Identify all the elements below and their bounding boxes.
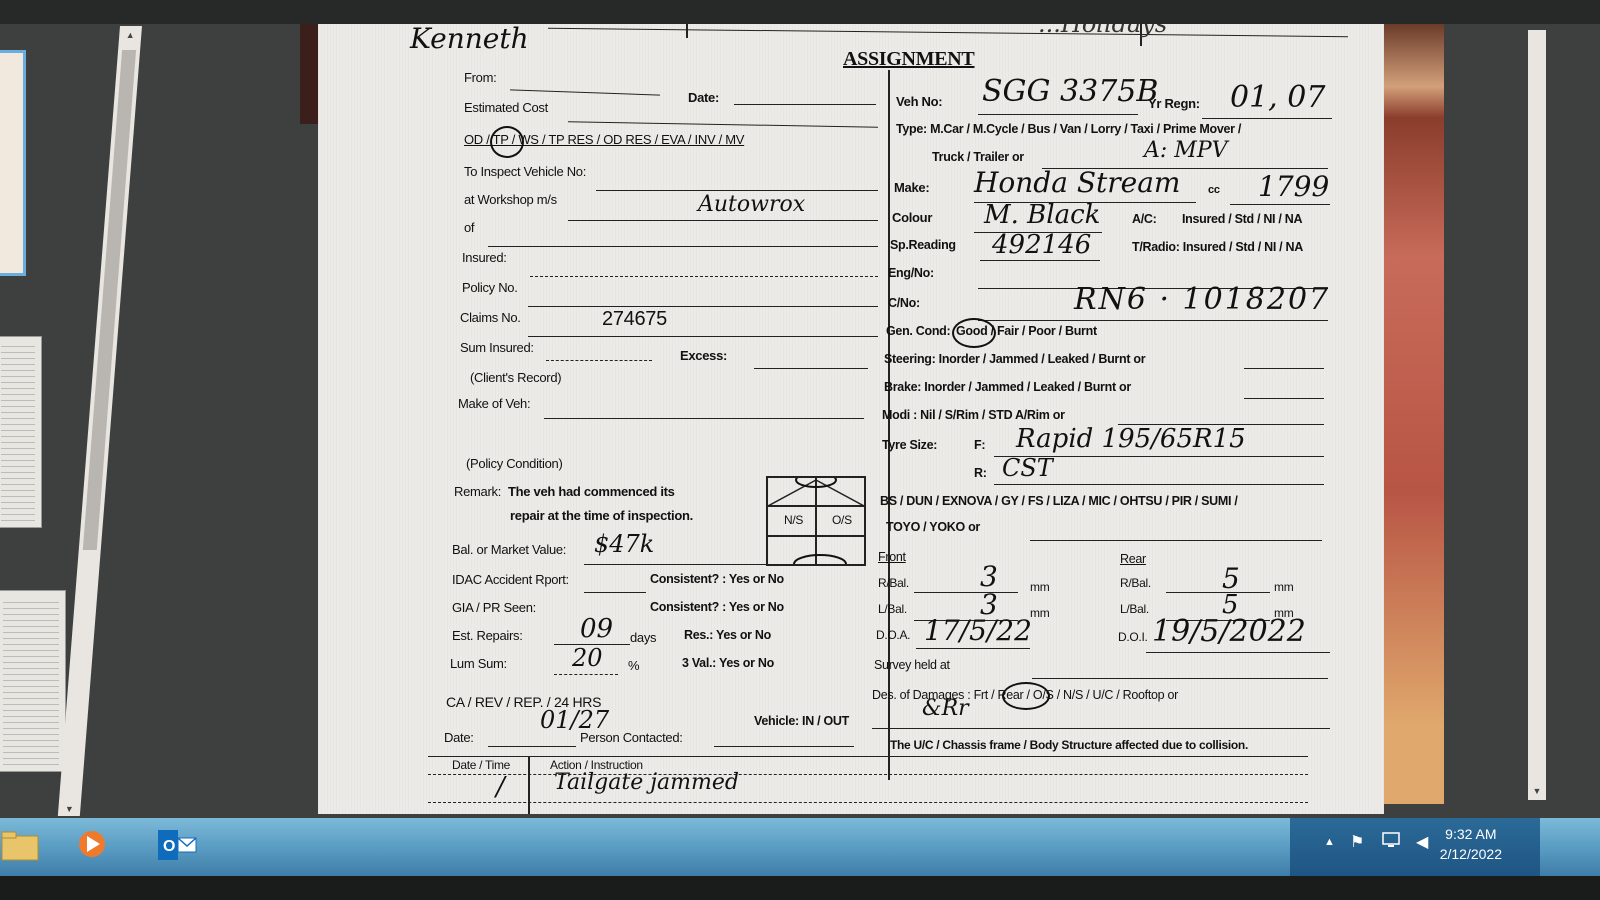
person-contacted-label: Person Contacted: <box>580 730 683 745</box>
c-no-value: RN6 · 1018207 <box>1074 282 1330 317</box>
vehicle-in-out: Vehicle: IN / OUT <box>754 714 849 728</box>
show-hidden-icons-icon[interactable]: ▲ <box>1324 836 1335 848</box>
rear-lbal-label: L/Bal. <box>1120 602 1149 616</box>
document-page: Kenneth ...Holidays ASSIGNMENT From: Dat… <box>318 24 1384 814</box>
sp-reading-value: 492146 <box>992 230 1091 260</box>
taskbar-media-player[interactable] <box>76 824 126 870</box>
front-label: Front <box>878 550 906 564</box>
policy-condition-label: (Policy Condition) <box>466 456 562 471</box>
ac-label: A/C: <box>1132 212 1157 226</box>
rear-label: Rear <box>1120 552 1146 566</box>
lum-sum-label: Lum Sum: <box>450 656 507 671</box>
of-label: of <box>464 220 474 235</box>
clients-record-label: (Client's Record) <box>470 370 561 385</box>
steering-field[interactable] <box>1244 368 1324 369</box>
header-rule <box>548 28 1348 37</box>
c-no-field[interactable] <box>978 320 1328 321</box>
veh-no-label: Veh No: <box>896 94 942 109</box>
tyre-brand-field[interactable] <box>1030 540 1322 541</box>
system-tray: ▲ ⚑ ◀ 9:32 AM 2/12/2022 <box>1290 818 1540 876</box>
person-contacted-field[interactable] <box>714 746 854 747</box>
table-top-rule <box>428 756 1308 757</box>
taskbar: O ▲ ⚑ ◀ 9:32 AM 2/12/2022 <box>0 818 1600 876</box>
insured-label: Insured: <box>462 250 507 265</box>
policy-label: Policy No. <box>462 280 518 295</box>
estimated-cost-label: Estimated Cost <box>464 100 548 115</box>
tyre-r-label: R: <box>974 466 987 480</box>
monitor-bezel-bottom <box>0 876 1600 900</box>
survey-label: Survey held at <box>874 658 950 672</box>
diagram-ns-label: N/S <box>784 513 803 527</box>
claims-value: 274675 <box>602 308 667 331</box>
play-icon <box>76 824 116 864</box>
doi-label: D.O.I. <box>1118 630 1148 644</box>
taskbar-outlook[interactable]: O <box>156 824 206 870</box>
market-value-label: Bal. or Market Value: <box>452 542 566 557</box>
tyre-brands: BS / DUN / EXNOVA / GY / FS / LIZA / MIC… <box>880 494 1238 508</box>
page-thumbnail-3[interactable] <box>0 590 66 772</box>
excess-field[interactable] <box>754 368 868 369</box>
tyre-f-label: F: <box>974 438 985 452</box>
handwritten-name: Kenneth <box>410 24 529 55</box>
estimated-cost-field[interactable] <box>568 121 878 127</box>
background-photo-edge <box>1384 24 1444 804</box>
front-lbal-label: L/Bal. <box>878 602 907 616</box>
c-no-label: C/No: <box>888 296 920 310</box>
rear-rbal-label: R/Bal. <box>1120 576 1151 590</box>
ac-options: Insured / Std / NI / NA <box>1182 212 1302 226</box>
cc-field[interactable] <box>1230 204 1330 205</box>
lum-sum-value: 20 <box>572 644 603 672</box>
scroll-up-icon[interactable]: ▲ <box>119 30 142 40</box>
veh-no-field[interactable] <box>978 114 1138 115</box>
brake-label: Brake: Inorder / Jammed / Leaked / Burnt… <box>884 380 1131 394</box>
front-lbal-unit: mm <box>1030 606 1049 620</box>
claims-field[interactable] <box>528 336 878 337</box>
of-field[interactable] <box>488 246 878 247</box>
insured-field[interactable] <box>530 276 878 277</box>
date-bottom-field[interactable] <box>488 746 576 747</box>
inspect-vehicle-label: To Inspect Vehicle No: <box>464 164 586 179</box>
claims-label: Claims No. <box>460 310 521 325</box>
from-label: From: <box>464 70 496 85</box>
veh-no-value: SGG 3375B <box>982 74 1158 109</box>
brake-field[interactable] <box>1244 398 1324 399</box>
front-rbal-label: R/Bal. <box>878 576 909 590</box>
market-value: $47k <box>594 530 654 558</box>
volume-icon[interactable]: ◀ <box>1416 832 1428 852</box>
survey-field[interactable] <box>1032 678 1328 679</box>
monitor-screen: ▲ ▼ Kenneth ...Holidays ASSIGNMENT From:… <box>0 0 1600 880</box>
truck-label: Truck / Trailer or <box>932 150 1024 164</box>
modi-label: Modi : Nil / S/Rim / STD A/Rim or <box>882 408 1065 422</box>
clock-date: 2/12/2022 <box>1440 844 1502 864</box>
outlook-icon: O <box>156 824 202 864</box>
make-label: Make: <box>894 180 929 195</box>
lum-sum-field[interactable] <box>554 674 618 675</box>
sum-insured-field[interactable] <box>546 360 652 361</box>
table-col-divider <box>528 756 530 814</box>
lum-sum-unit: % <box>628 658 639 673</box>
tyre-brands-2: TOYO / YOKO or <box>886 520 980 534</box>
table-row-action: Tailgate jammed <box>554 770 739 795</box>
inspect-vehicle-field[interactable] <box>596 190 878 191</box>
excess-label: Excess: <box>680 348 727 363</box>
front-rbal-field[interactable] <box>914 592 1018 593</box>
colour-value: M. Black <box>984 200 1100 230</box>
clock[interactable]: 9:32 AM 2/12/2022 <box>1440 824 1502 864</box>
header-scribble: ...Holidays <box>1038 24 1167 38</box>
date-field[interactable] <box>734 104 876 105</box>
tradio-label: T/Radio: Insured / Std / NI / NA <box>1132 240 1303 254</box>
rear-rbal-unit: mm <box>1274 580 1293 594</box>
document-title: ASSIGNMENT <box>843 48 974 71</box>
date-label: Date: <box>688 90 719 105</box>
doa-value: 17/5/22 <box>924 614 1032 647</box>
make-of-veh-label: Make of Veh: <box>458 396 530 411</box>
eng-no-label: Eng/No: <box>888 266 934 280</box>
from-field[interactable] <box>510 89 660 95</box>
yr-regn-field[interactable] <box>1202 118 1332 119</box>
category-selected-circle <box>490 126 524 158</box>
est-repairs-label: Est. Repairs: <box>452 628 523 643</box>
scroll-down-icon[interactable]: ▼ <box>1528 786 1546 796</box>
sp-reading-label: Sp.Reading <box>890 238 956 252</box>
remark-line2: repair at the time of inspection. <box>510 508 693 523</box>
gia-label: GIA / PR Seen: <box>452 600 536 615</box>
action-center-flag-icon[interactable]: ⚑ <box>1350 832 1364 852</box>
yr-regn-value: 01, 07 <box>1230 80 1325 115</box>
workshop-value: Autowrox <box>698 192 805 217</box>
idac-field[interactable] <box>584 592 646 593</box>
damages-rear-circle <box>1002 682 1050 710</box>
page-thumbnail-2[interactable] <box>0 336 42 528</box>
est-repairs-unit: days <box>630 630 656 645</box>
policy-field[interactable] <box>528 306 878 307</box>
yr-regn-label: Yr Regn: <box>1148 96 1200 111</box>
document-scrollbar[interactable]: ▼ <box>1528 30 1546 800</box>
scrollbar-thumb[interactable] <box>83 50 136 550</box>
page-thumbnail-1[interactable] <box>0 50 26 276</box>
tyre-size-label: Tyre Size: <box>882 438 937 452</box>
cc-value: 1799 <box>1258 170 1329 203</box>
front-rbal-unit: mm <box>1030 580 1049 594</box>
thumbnail-scrollbar[interactable]: ▲ ▼ <box>58 26 142 816</box>
tyre-f-value: Rapid 195/65R15 <box>1016 424 1246 454</box>
type-value: A: MPV <box>1144 138 1228 163</box>
header-divider <box>686 24 688 38</box>
table-row-rule <box>428 802 1308 803</box>
network-icon[interactable] <box>1382 832 1400 853</box>
date-bottom-label: Date: <box>444 730 474 745</box>
gen-cond-label: Gen. Cond: <box>886 324 950 338</box>
table-header-date: Date / Time <box>452 758 510 772</box>
three-val-label: 3 Val.: Yes or No <box>682 656 774 670</box>
svg-text:O: O <box>163 838 175 855</box>
folder-icon <box>0 824 42 864</box>
doi-value: 19/5/2022 <box>1152 614 1306 649</box>
taskbar-file-explorer[interactable] <box>0 824 50 870</box>
est-repairs-value: 09 <box>580 614 613 644</box>
column-divider <box>888 70 890 780</box>
doi-field[interactable] <box>1146 652 1330 653</box>
idac-consistent: Consistent? : Yes or No <box>650 572 784 586</box>
remark-line1: The veh had commenced its <box>508 484 675 499</box>
tyre-r-field[interactable] <box>994 484 1324 485</box>
vehicle-damage-diagram: N/S O/S <box>766 476 866 566</box>
make-of-veh-field[interactable] <box>544 418 864 419</box>
make-value: Honda Stream <box>974 166 1180 199</box>
damages-field[interactable] <box>872 728 1330 729</box>
sum-insured-label: Sum Insured: <box>460 340 534 355</box>
steering-label: Steering: Inorder / Jammed / Leaked / Bu… <box>884 352 1145 366</box>
sp-reading-field[interactable] <box>980 260 1100 261</box>
doa-field[interactable] <box>916 648 1030 649</box>
workshop-field[interactable] <box>568 220 878 221</box>
chassis-note: The U/C / Chassis frame / Body Structure… <box>890 738 1248 752</box>
colour-label: Colour <box>892 210 932 225</box>
type-label: Type: M.Car / M.Cycle / Bus / Van / Lorr… <box>896 122 1241 136</box>
monitor-bezel <box>0 0 1600 24</box>
remark-label: Remark: <box>454 484 501 499</box>
damages-handwriting: &Rr <box>922 696 969 721</box>
market-value-field[interactable] <box>584 564 864 565</box>
workshop-label: at Workshop m/s <box>464 192 557 207</box>
gen-cond-selected-circle <box>952 318 996 348</box>
clock-time: 9:32 AM <box>1440 824 1502 844</box>
doa-label: D.O.A. <box>876 628 910 642</box>
gia-consistent: Consistent? : Yes or No <box>650 600 784 614</box>
idac-label: IDAC Accident Rport: <box>452 572 569 587</box>
tyre-r-value: CST <box>1002 454 1053 482</box>
rear-rbal-field[interactable] <box>1166 592 1270 593</box>
res-label: Res.: Yes or No <box>684 628 771 642</box>
cc-label: cc <box>1208 184 1220 196</box>
diagram-os-label: O/S <box>832 513 852 527</box>
table-row-date: / <box>496 772 505 802</box>
scroll-down-icon[interactable]: ▼ <box>58 804 81 814</box>
